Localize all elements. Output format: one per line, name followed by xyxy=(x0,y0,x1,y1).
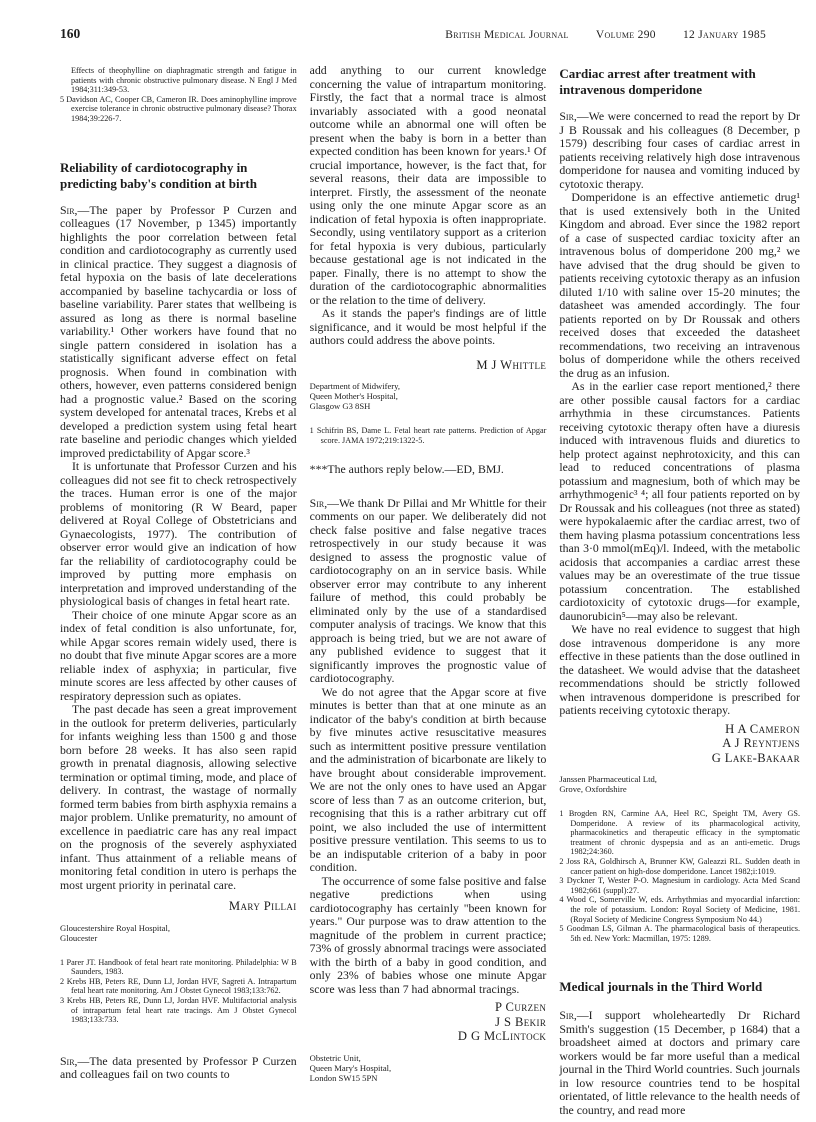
address-line: Janssen Pharmaceutical Ltd, xyxy=(559,774,800,784)
reference-item: 4 Wood C, Somerville W, eds. Arrhythmias… xyxy=(559,895,800,924)
letter-title-domperidone: Cardiac arrest after treatment with intr… xyxy=(559,66,800,98)
journal-page: 160 British Medical Journal Volume 290 1… xyxy=(0,0,816,1122)
letter-paragraph: Sir,—I support wholeheartedly Dr Richard… xyxy=(559,1009,800,1117)
salutation: Sir,— xyxy=(559,109,588,123)
paragraph-text: I support wholeheartedly Dr Richard Smit… xyxy=(559,1008,800,1117)
author-signature: H A Cameron xyxy=(559,722,800,737)
page-header: 160 British Medical Journal Volume 290 1… xyxy=(60,26,800,42)
issue-date: 12 January 1985 xyxy=(683,29,766,41)
page-number: 160 xyxy=(60,26,80,42)
salutation: Sir,— xyxy=(559,1008,588,1022)
reference-item: 1 Schifrin BS, Dame L. Fetal heart rate … xyxy=(310,426,547,445)
letter-paragraph: Domperidone is an effective antiemetic d… xyxy=(559,191,800,380)
salutation: Sir,— xyxy=(310,496,339,510)
editor-note: ***The authors reply below.—ED, BMJ. xyxy=(310,463,547,477)
journal-masthead: British Medical Journal Volume 290 12 Ja… xyxy=(445,29,800,41)
address-line: Grove, Oxfordshire xyxy=(559,784,800,794)
paragraph-text: We thank Dr Pillai and Mr Whittle for th… xyxy=(310,496,547,686)
journal-title: British Medical Journal xyxy=(445,29,568,41)
reference-item: 3 Krebs HB, Peters RE, Dunn LJ, Jordan H… xyxy=(60,996,297,1025)
author-address: Obstetric Unit, Queen Mary's Hospital, L… xyxy=(310,1053,547,1083)
letter-title-cardiotocography: Reliability of cardiotocography in predi… xyxy=(60,160,297,192)
column-left: Effects of theophylline on diaphragmatic… xyxy=(60,64,297,1117)
journal-volume: Volume 290 xyxy=(596,29,656,41)
column-right: Cardiac arrest after treatment with intr… xyxy=(559,64,800,1117)
author-address: Department of Midwifery, Queen Mother's … xyxy=(310,381,547,411)
column-middle: add anything to our current knowledge co… xyxy=(310,64,547,1117)
reference-item: 1 Parer JT. Handbook of fetal heart rate… xyxy=(60,958,297,977)
letter-paragraph: The past decade has seen a great improve… xyxy=(60,703,297,892)
author-signature: Mary Pillai xyxy=(60,899,297,914)
address-line: Glasgow G3 8SH xyxy=(310,401,547,411)
address-line: Department of Midwifery, xyxy=(310,381,547,391)
author-signature: P Curzen xyxy=(310,1000,547,1015)
author-signature: G Lake-Bakaar xyxy=(559,751,800,766)
letter-paragraph: Sir,—The paper by Professor P Curzen and… xyxy=(60,204,297,461)
paragraph-text: The paper by Professor P Curzen and coll… xyxy=(60,203,297,460)
letter-paragraph: Sir,—We thank Dr Pillai and Mr Whittle f… xyxy=(310,497,547,686)
reference-item: 2 Joss RA, Goldhirsch A, Brunner KW, Gal… xyxy=(559,857,800,876)
letters-columns: Effects of theophylline on diaphragmatic… xyxy=(60,64,800,1117)
letter-title-third-world: Medical journals in the Third World xyxy=(559,979,800,995)
author-signature: A J Reyntjens xyxy=(559,736,800,751)
reference-item: 3 Dyckner T, Wester P-O. Magnesium in ca… xyxy=(559,876,800,895)
address-line: Gloucestershire Royal Hospital, xyxy=(60,923,297,933)
reference-item: 5 Goodman LS, Gilman A. The pharmacologi… xyxy=(559,924,800,943)
reference-list: 1 Brogden RN, Carmine AA, Heel RC, Speig… xyxy=(559,809,800,943)
carryover-reference-list: Effects of theophylline on diaphragmatic… xyxy=(60,66,297,124)
author-signature: D G McLintock xyxy=(310,1029,547,1044)
letter-paragraph: As in the earlier case report mentioned,… xyxy=(559,380,800,623)
letter-paragraph: Sir,—We were concerned to read the repor… xyxy=(559,110,800,191)
reference-item: 5 Davidson AC, Cooper CB, Cameron IR. Do… xyxy=(60,95,297,124)
address-line: Obstetric Unit, xyxy=(310,1053,547,1063)
letter-paragraph: We have no real evidence to suggest that… xyxy=(559,623,800,718)
letter-paragraph: Sir,—The data presented by Professor P C… xyxy=(60,1055,297,1082)
paragraph-text: The data presented by Professor P Curzen… xyxy=(60,1054,297,1082)
letter-paragraph: Their choice of one minute Apgar score a… xyxy=(60,609,297,704)
address-line: Queen Mary's Hospital, xyxy=(310,1063,547,1073)
reference-item: 2 Krebs HB, Peters RE, Dunn LJ, Jordan H… xyxy=(60,977,297,996)
address-line: Gloucester xyxy=(60,933,297,943)
reference-item: 1 Brogden RN, Carmine AA, Heel RC, Speig… xyxy=(559,809,800,857)
letter-paragraph-continuation: add anything to our current knowledge co… xyxy=(310,64,547,307)
letter-paragraph: The occurrence of some false positive an… xyxy=(310,875,547,997)
letter-paragraph: As it stands the paper's findings are of… xyxy=(310,307,547,348)
author-signature: J S Bekir xyxy=(310,1015,547,1030)
paragraph-text: We were concerned to read the report by … xyxy=(559,109,800,191)
address-line: Queen Mother's Hospital, xyxy=(310,391,547,401)
signature-block: H A Cameron A J Reyntjens G Lake-Bakaar xyxy=(559,722,800,766)
salutation: Sir,— xyxy=(60,1054,89,1068)
address-line: London SW15 5PN xyxy=(310,1073,547,1083)
author-address: Gloucestershire Royal Hospital, Gloucest… xyxy=(60,923,297,943)
reference-list: 1 Schifrin BS, Dame L. Fetal heart rate … xyxy=(310,426,547,445)
author-address: Janssen Pharmaceutical Ltd, Grove, Oxfor… xyxy=(559,774,800,794)
reference-list: 1 Parer JT. Handbook of fetal heart rate… xyxy=(60,958,297,1025)
signature-block: P Curzen J S Bekir D G McLintock xyxy=(310,1000,547,1044)
letter-paragraph: We do not agree that the Apgar score at … xyxy=(310,686,547,875)
reference-item: Effects of theophylline on diaphragmatic… xyxy=(60,66,297,95)
letter-paragraph: It is unfortunate that Professor Curzen … xyxy=(60,460,297,609)
salutation: Sir,— xyxy=(60,203,89,217)
author-signature: M J Whittle xyxy=(310,358,547,373)
